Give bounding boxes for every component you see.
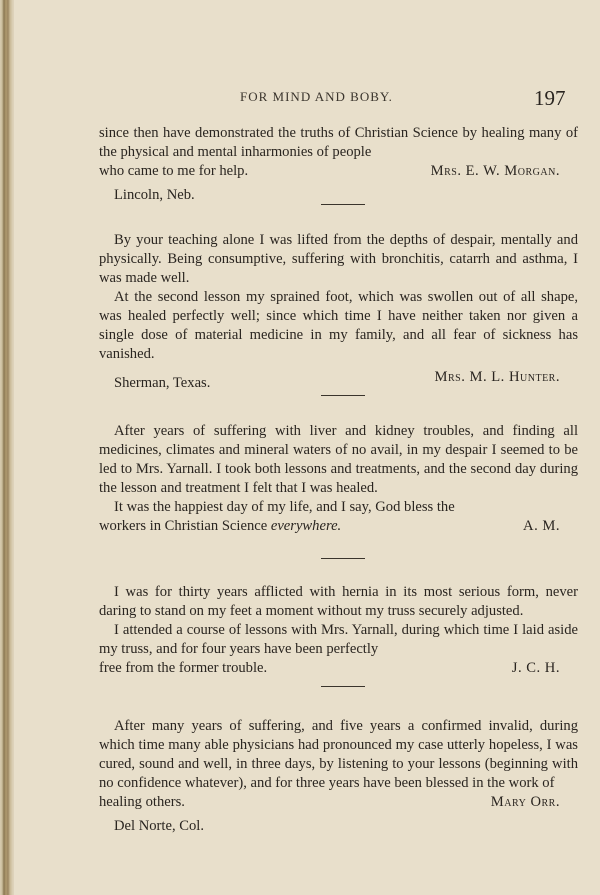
paragraph-end: free from the former trouble. [99,659,267,678]
paragraph: After years of suffering with liver and … [99,422,578,498]
testimonial-am: After years of suffering with liver and … [99,422,578,536]
book-page: FOR MIND AND BOBY. 197 since then have d… [14,0,600,895]
paragraph: It was the happiest day of my life, and … [99,498,578,517]
paragraph: since then have demonstrated the truths … [99,124,578,162]
section-divider [321,686,365,687]
testimonial-hunter: By your teaching alone I was lifted from… [99,231,578,393]
paragraph-end: workers in Christian Science everywhere. [99,517,341,536]
paragraph-end: who came to me for help. [99,162,248,181]
section-divider [321,395,365,396]
page-body: since then have demonstrated the truths … [99,124,578,836]
signature: Mrs. M. L. Hunter. [434,368,578,393]
paragraph: I was for thirty years afflicted with he… [99,583,578,621]
signature: Mary Orr. [491,793,578,812]
place: Del Norte, Col. [99,817,578,836]
section-divider [321,558,365,559]
testimonial-orr: After many years of suffering, and five … [99,717,578,836]
place: Lincoln, Neb. [99,186,578,205]
page-number: 197 [534,86,566,111]
signature-line: workers in Christian Science everywhere.… [99,517,578,536]
paragraph: I attended a course of lessons with Mrs.… [99,621,578,659]
book-binding-edge [0,0,14,895]
signature-line: Sherman, Texas. Mrs. M. L. Hunter. [99,368,578,393]
section-divider [321,204,365,205]
signature-line: healing others. Mary Orr. [99,793,578,812]
testimonial-jch: I was for thirty years afflicted with he… [99,583,578,678]
signature: J. C. H. [512,659,578,678]
signature: Mrs. E. W. Morgan. [431,162,578,181]
signature-line: free from the former trouble. J. C. H. [99,659,578,678]
signature-line: who came to me for help. Mrs. E. W. Morg… [99,162,578,181]
paragraph: After many years of suffering, and five … [99,717,578,793]
running-head: FOR MIND AND BOBY. [240,89,393,105]
page-header: FOR MIND AND BOBY. 197 [14,86,600,110]
paragraph: At the second lesson my sprained foot, w… [99,288,578,364]
signature: A. M. [523,517,578,536]
place: Sherman, Texas. [99,368,210,393]
paragraph: By your teaching alone I was lifted from… [99,231,578,288]
emphasis: everywhere. [271,518,341,534]
paragraph-end: healing others. [99,793,185,812]
testimonial-morgan: since then have demonstrated the truths … [99,124,578,205]
